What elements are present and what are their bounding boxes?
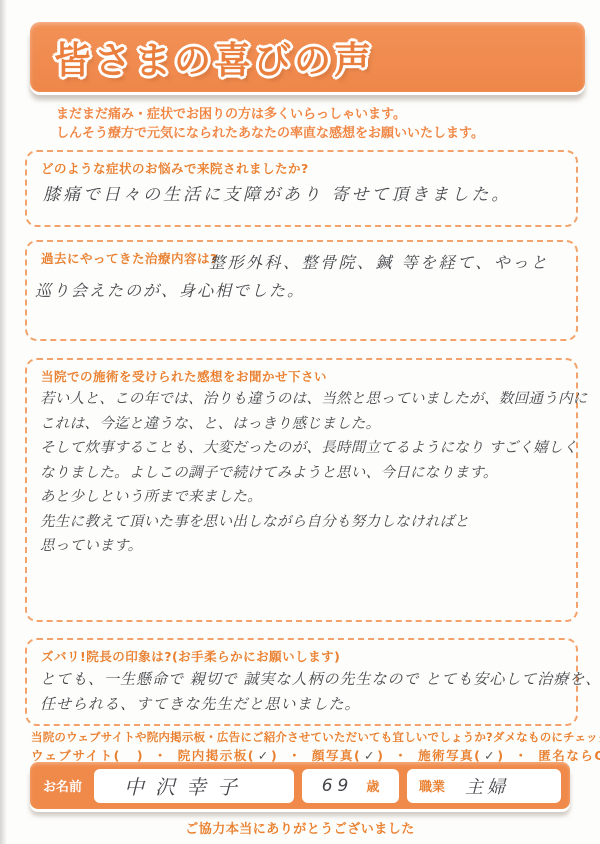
- question-box-symptoms: どのような症状のお悩みで来院されましたか? 膝痛で日々の生活に支障があり 寄せて…: [25, 150, 578, 227]
- scan-edge-shadow: [0, 0, 7, 844]
- question-label-past-treatments: 過去にやってきた治療内容は?: [41, 249, 218, 267]
- age-field: 69 歳: [302, 769, 399, 803]
- checkmark-bulletin-board: ✓: [255, 748, 271, 763]
- handwritten-answer-past-treatments-line2: 巡り会えたのが、身心相でした。: [35, 278, 305, 301]
- option-separator: ・: [510, 748, 532, 763]
- impressions-line: そして炊事することも、大変だったのが、長時間立てるようになり すごく嬉しく: [40, 436, 568, 461]
- question-box-impressions: 当院での施術を受けられた感想をお聞かせ下さい 若い人と、この年では、治りも違うの…: [25, 358, 578, 622]
- page-title: 皆さまの喜びの声: [54, 30, 374, 84]
- impressions-line: なりました。よしこの調子で続けてみようと思い、今日になります。: [40, 461, 568, 486]
- checkmark-face-photo: ✓: [361, 748, 377, 763]
- consent-option-bulletin-board: 院内掲示板(✓): [178, 748, 278, 763]
- consent-option-anonymous-ok: 匿名ならOK: [538, 748, 600, 763]
- impressions-line: これは、今迄と違うな、と、はっきり感じました。: [40, 412, 568, 437]
- consent-option-face-photo: 顔写真(✓): [312, 748, 384, 763]
- question-box-past-treatments: 過去にやってきた治療内容は? 整形外科、整骨院、鍼 等を経て、やっと 巡り会えた…: [25, 240, 578, 341]
- age-suffix-label: 歳: [366, 776, 379, 795]
- consent-option-treatment-photo: 施術写真(✓): [418, 748, 504, 763]
- handwritten-age: 69: [322, 776, 354, 796]
- consent-section: 当院のウェブサイトや院内掲示板・広告にご紹介させていただいても宜しいでしょうか?…: [31, 729, 576, 764]
- question-label-symptoms: どのような症状のお悩みで来院されましたか?: [41, 159, 309, 177]
- handwritten-occupation: 主婦: [465, 773, 509, 799]
- impressions-line: 若い人と、この年では、治りも違うのは、当然と思っていましたが、数回通う内に: [40, 387, 568, 412]
- impressions-line: 思っています。: [40, 534, 568, 559]
- respondent-info-bar: お名前 中沢幸子 69 歳 職業 主婦: [30, 762, 570, 809]
- option-separator: ・: [284, 748, 306, 763]
- checkmark-treatment-photo: ✓: [481, 748, 497, 763]
- consent-option-website: ウェブサイト(): [31, 748, 144, 763]
- handwritten-answer-past-treatments-line1: 整形外科、整骨院、鍼 等を経て、やっと: [209, 250, 549, 273]
- question-label-director-impression: ズバリ!院長の印象は?(お手柔らかにお願いします): [41, 647, 340, 665]
- question-label-impressions: 当院での施術を受けられた感想をお聞かせ下さい: [41, 367, 327, 385]
- occupation-field: 職業 主婦: [407, 769, 561, 803]
- thanks-message: ご協力本当にありがとうございました: [0, 818, 600, 837]
- name-label: お名前: [43, 776, 82, 795]
- handwritten-answer-director-impression: とても、一生懸命で 親切で 誠実な人柄の先生なので とても安心して治療を、 任せ…: [40, 667, 568, 717]
- intro-line-2: しんそう療方で元気になられたあなたの率直な感想をお願いいたします。: [56, 124, 484, 143]
- option-separator: ・: [150, 748, 172, 763]
- intro-line-1: まだまだ痛み・症状でお困りの方は多くいらっしゃいます。: [56, 105, 484, 124]
- director-impression-line: とても、一生懸命で 親切で 誠実な人柄の先生なので とても安心して治療を、: [40, 667, 568, 692]
- consent-instruction: 当院のウェブサイトや院内掲示板・広告にご紹介させていただいても宜しいでしょうか?…: [31, 729, 576, 745]
- handwritten-name: 中沢幸子: [124, 771, 248, 800]
- intro-text: まだまだ痛み・症状でお困りの方は多くいらっしゃいます。 しんそう療方で元気になら…: [56, 105, 484, 143]
- occupation-label: 職業: [419, 776, 445, 795]
- director-impression-line: 任せられる、すてきな先生だと思いました。: [40, 692, 568, 717]
- question-box-director-impression: ズバリ!院長の印象は?(お手柔らかにお願いします) とても、一生懸命で 親切で …: [25, 638, 578, 726]
- impressions-line: あと少しという所まで来ました。: [40, 485, 568, 510]
- handwritten-answer-symptoms: 膝痛で日々の生活に支障があり 寄せて頂きました。: [43, 180, 511, 205]
- impressions-line: 先生に教えて頂いた事を思い出しながら自分も努力しなければと: [40, 510, 568, 535]
- name-field: 中沢幸子: [94, 769, 294, 803]
- option-separator: ・: [390, 748, 412, 763]
- survey-sheet: 皆さまの喜びの声 まだまだ痛み・症状でお困りの方は多くいらっしゃいます。 しんそ…: [0, 0, 600, 844]
- header-banner: 皆さまの喜びの声: [30, 22, 585, 92]
- handwritten-answer-impressions: 若い人と、この年では、治りも違うのは、当然と思っていましたが、数回通う内に これ…: [40, 387, 568, 559]
